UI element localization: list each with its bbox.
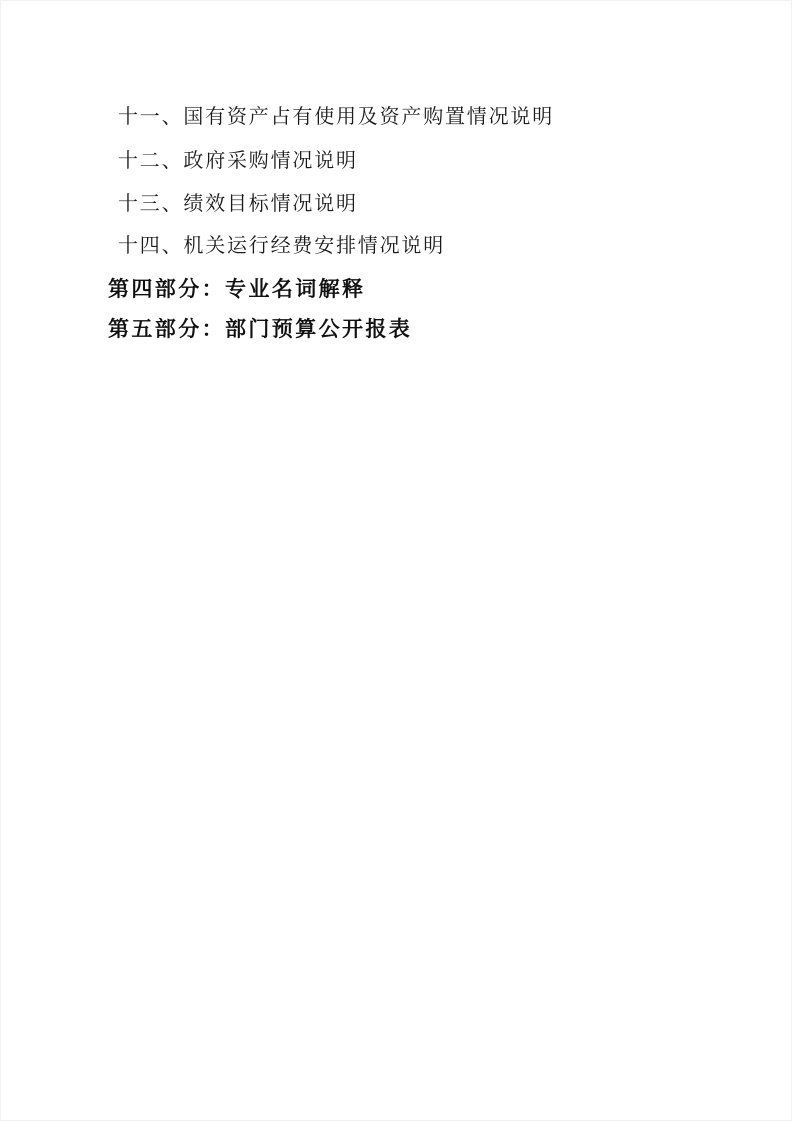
- toc-item-14: 十四、机关运行经费安排情况说明: [118, 234, 445, 258]
- toc-item-11: 十一、国有资产占有使用及资产购置情况说明: [118, 105, 554, 129]
- section-heading-part5: 第五部分：部门预算公开报表: [108, 317, 412, 341]
- section-heading-part4: 第四部分：专业名词解释: [108, 277, 365, 301]
- document-page: 十一、国有资产占有使用及资产购置情况说明 十二、政府采购情况说明 十三、绩效目标…: [0, 0, 792, 1121]
- toc-item-13: 十三、绩效目标情况说明: [118, 192, 358, 216]
- toc-item-12: 十二、政府采购情况说明: [118, 149, 358, 173]
